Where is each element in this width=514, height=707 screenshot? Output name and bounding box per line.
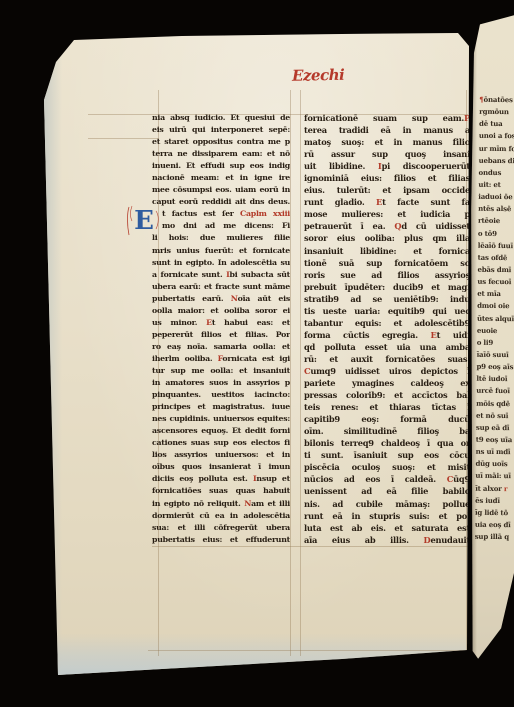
text-line: soror eius ooliba: plus qm illa (304, 232, 470, 244)
text-line: ntēs alsē (478, 203, 514, 216)
text-column-left: nia absq iudicio. Et quesiui deeis uirū … (152, 112, 290, 546)
text-line: forma cūctis egregia. Et uidi (304, 329, 470, 341)
text-line: li hois: due mulieres filie (152, 232, 290, 244)
text-line: uenissent ad eā filie babilo (304, 485, 470, 497)
text-line: us fecuoī (477, 276, 514, 289)
text-line: īg lidē tō (475, 507, 512, 520)
text-line: nis. ad cubile māmaş: pollue (304, 498, 470, 510)
text-line: uī māi: uī (475, 470, 512, 483)
adjacent-page-text: ¶ōnatōesrgmōundē tua absunoi a fosur mīm… (475, 94, 514, 544)
text-line: mee cōsumpsi eos. uiam eorū in (152, 184, 290, 196)
ruling-line-horizontal (88, 138, 158, 139)
text-line: nes cupidinis. uniuersos equites: (152, 413, 290, 425)
text-line: dmoi oie q (477, 300, 514, 313)
text-line: rū assur sup quoş insani (304, 148, 470, 160)
rubric-red-text: E (431, 330, 437, 340)
text-line: principes et magistratus. iuue (152, 401, 290, 413)
text-line: iherlm ooliba. Fornicata est igi (152, 353, 290, 365)
text-line: urcē fuoī (476, 385, 513, 398)
text-line: terea tradidi eā in manus a (304, 124, 470, 136)
text-line: uit libidine. Ipi discooperuerūt (304, 160, 470, 172)
text-line: lios assyrios uniuersos: et in (152, 449, 290, 461)
text-line: luta est ab eis. et saturata est (304, 522, 470, 534)
text-line: in egipto nō reliquit. Nam et illi (152, 498, 290, 510)
text-line: teis renes: et thiaras tīctas ī (304, 401, 470, 413)
text-line: pressas colorib9: et accīctos bal (304, 389, 470, 401)
text-line: terra ne dissiparem eam: et nō (152, 148, 290, 160)
text-line: tur sup me oolla: et insaniuit (152, 365, 290, 377)
text-line: et staret oppositus contra me p (152, 136, 290, 148)
text-line: mose mulieres: et iudicia p (304, 208, 470, 220)
text-line: o tō9 absdē (478, 227, 514, 240)
rubric-red-text: Caplm xxiii (240, 209, 290, 218)
text-line: uit: et mīaī (478, 179, 514, 192)
text-line: lēaīō fuuī (478, 239, 514, 252)
rubric-red-text: ¶ (479, 95, 483, 104)
text-line: mris unius fuerūt: et fornicate (152, 245, 290, 257)
text-line: ubera earū: et fracte sunt māme (152, 281, 290, 293)
text-line: sup eā dī (476, 422, 513, 435)
text-line: prebuit īpudēter: ducib9 et magi (304, 281, 470, 293)
text-line: t factus est ſer Caplm xxiii (152, 208, 290, 220)
text-line: petrauerūt ī ea. Qd cū uidisset (304, 220, 470, 232)
text-column-right: fornicationē suam sup eam.Pterea tradidi… (304, 112, 470, 546)
text-line: oīm. similitudinē filioş ba (304, 425, 470, 437)
text-line: uia eoş dī (475, 519, 512, 532)
illuminated-initial-E: E (131, 209, 157, 235)
text-line: tas ofdē (478, 252, 514, 265)
text-line: ēs iudī (475, 494, 512, 507)
text-line: tis ueste uaria: equitib9 qui uec (304, 305, 470, 317)
running-title: Ezechi (292, 65, 372, 84)
text-line: dūg uoīs (475, 458, 512, 471)
rubric-red-text: N (244, 499, 251, 508)
text-line: tabantur equis: et adolescētib9 (304, 317, 470, 329)
text-line: oībus quos insanierat ī imun (152, 461, 290, 473)
text-line: pubertatis earū. Noīa aūt eis (152, 293, 290, 305)
text-line: ignominiā eius: filios et filias (304, 172, 470, 184)
rubric-red-text: E (376, 197, 382, 207)
text-line: bilonis terreq9 chaldeoş ī qua or (304, 437, 470, 449)
text-line: unoi a fos (479, 130, 514, 143)
text-line: et nō suī (476, 409, 513, 422)
text-line: nia absq iudicio. Et quesiui de (152, 112, 290, 124)
text-line: sua: et illi cōfregerūt ubera (152, 522, 290, 534)
text-line: ro eaş noīa. samaria oolla: et (152, 341, 290, 353)
text-line: et mīa eoş (477, 288, 514, 301)
text-block: nia absq iudicio. Et quesiui deeis uirū … (152, 112, 470, 548)
text-line: pinquantes. uestitos iacincto: (152, 389, 290, 401)
text-line: t9 eoş uīa (476, 434, 513, 447)
text-line: ¶ōnatōes (479, 94, 514, 107)
text-line: aīa eius ab illis. Denudauit (304, 534, 470, 546)
manuscript-page: Ezechi nia absq iudicio. Et quesiui deei… (42, 30, 470, 676)
text-line: dormierūt cū ea in adolescētia (152, 510, 290, 522)
text-line: rgmōun (479, 106, 514, 119)
text-line: ns uī mdī (476, 446, 513, 459)
text-line: insaniuit libidine: et fornica (304, 245, 470, 257)
rubric-red-text: I (226, 270, 229, 279)
rubric-red-text: E (206, 318, 212, 327)
text-line: ltē iudoī (476, 373, 513, 386)
adjacent-page-fore-edge: ¶ōnatōesrgmōundē tua absunoi a fosur mīm… (468, 14, 514, 664)
rubric-red-text: D (424, 535, 431, 545)
text-line: ondus fetī (478, 167, 514, 180)
text-line: nacionē meam: et in igne ire (152, 172, 290, 184)
text-line: caput eorū reddidi ait dns deus. (152, 196, 290, 208)
text-line: oolla maior: et ooliba soror ei (152, 305, 290, 317)
rubric-red-text: r (504, 484, 508, 493)
text-line: cationes suas sup eos electos fi (152, 437, 290, 449)
text-line: rū: et auxit fornicatōes suas. (304, 353, 470, 365)
text-line: īaīō suuī (477, 349, 514, 362)
text-line: stratib9 ad se ueniētib9: indu (304, 293, 470, 305)
text-line: piscēcia oculoş suoş: et misit (304, 461, 470, 473)
text-line: a fornicate sunt. Ibi subacta sūt (152, 269, 290, 281)
text-line: iaduoi ōe q (478, 191, 514, 204)
rubric-red-text: Q (394, 221, 401, 231)
text-line: ebās dmī (477, 264, 514, 277)
text-line: uebans di (479, 155, 514, 168)
text-line: fornicatiōes suas quas habuit (152, 485, 290, 497)
text-line: fornicationē suam sup eam.P (304, 112, 470, 124)
text-line: ascensores equoş. Et dedit forni (152, 425, 290, 437)
text-line: dē tua abs (479, 118, 514, 131)
text-line: ti sunt. īsaniuit sup eos cōcu (304, 449, 470, 461)
text-line: pubertatis eius: et effuderunt (152, 534, 290, 546)
text-line: ur mīm fo (479, 142, 514, 155)
text-line: pariete ymagines caldeoş ex (304, 377, 470, 389)
text-line: o li9 absdē (477, 337, 514, 350)
ruling-line-horizontal (148, 650, 468, 651)
rubric-red-text: C (447, 474, 453, 484)
text-line: pepererūt filios et filias. Por (152, 329, 290, 341)
rubric-red-text: I (378, 161, 382, 171)
text-line: sup illā q (475, 531, 512, 544)
initial-flourish-icon (126, 205, 162, 239)
text-line: in amatores suos in assyrios p (152, 377, 290, 389)
text-line: qd polluta esset uia una amba (304, 341, 470, 353)
text-line: capitib9 eoş: formā ducū (304, 413, 470, 425)
text-line: Cumq9 uidisset uiros depictos ī (304, 365, 470, 377)
text-line: īt alxor r (475, 482, 512, 495)
text-line: sunt in egipto. In adolescētia su (152, 257, 290, 269)
rubric-red-text: P (464, 113, 470, 123)
text-line: ūtes alquī (477, 312, 514, 325)
rubric-red-text: I (253, 474, 256, 483)
text-line: tionē suā sup fornicatōem so (304, 257, 470, 269)
text-line: eis uirū qui interponeret sepē: (152, 124, 290, 136)
rubric-red-text: N (231, 294, 238, 303)
rubric-red-text: F (218, 354, 223, 363)
text-line: diciis eoş polluta est. Insup et (152, 473, 290, 485)
rubric-red-text: C (304, 366, 310, 376)
text-line: mōis qdē (476, 397, 513, 410)
text-line: mo dni ad me dicens: Fi (152, 220, 290, 232)
text-line: euoie fuoş (477, 324, 514, 337)
text-line: runt gladio. Et facte sunt fa (304, 196, 470, 208)
text-line: nūcios ad eos ī caldeā. Cūq9 (304, 473, 470, 485)
text-line: rtēoie fuoş (478, 215, 514, 228)
text-line: matoş suoş: et in manus filio (304, 136, 470, 148)
text-line: p9 eoş aīs (476, 361, 513, 374)
text-line: us minor. Et habui eas: et (152, 317, 290, 329)
text-line: roris sue ad filios assyrioş (304, 269, 470, 281)
text-line: runt eā in stupris suis: et pol (304, 510, 470, 522)
text-line: eius. tulerūt: et ipsam occide (304, 184, 470, 196)
text-line: inueni. Et effudi sup eos indig (152, 160, 290, 172)
